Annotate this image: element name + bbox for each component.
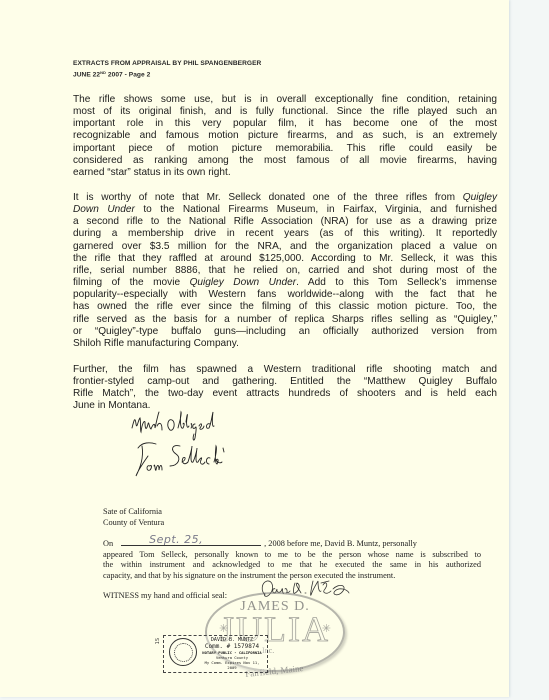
text-line: filming of the movie Quigley Down Under.… xyxy=(73,277,497,289)
star-icon: ✳ xyxy=(219,622,228,635)
handwritten-date: Sept. 25, xyxy=(149,535,203,546)
paragraph-shooting-match: Further, the film has spawned a Western … xyxy=(73,364,497,413)
notary-date-line: OnSept. 25,, 2008 before me, David B. Mu… xyxy=(103,536,481,550)
text-line: recognizable and famous motion picture f… xyxy=(73,130,497,142)
notary-line-2: appeared Tom Selleck, personally known t… xyxy=(103,550,481,561)
text-line: Down Under to the National Firearms Muse… xyxy=(73,204,497,216)
document-page: EXTRACTS FROM APPRAISAL BY PHIL SPANGENB… xyxy=(0,0,509,697)
stamp-text: DAVID B. MUNTZ Comm. # 1579874 NOTARY PU… xyxy=(200,637,264,670)
star-icon: ✳ xyxy=(322,622,331,635)
text-line: rifle, serial number 8886, that he relie… xyxy=(73,265,497,277)
header-page: 2007 - Page 2 xyxy=(106,71,150,78)
header-date-page: JUNE 22ND 2007 - Page 2 xyxy=(73,69,261,80)
notary-acknowledgment: Sate of California County of Ventura OnS… xyxy=(103,507,481,582)
notary-county: County of Ventura xyxy=(103,518,481,529)
text-line: earned “star” status in its own right. xyxy=(73,167,497,179)
stamp-side-mark: 1S xyxy=(155,638,161,644)
document-header: EXTRACTS FROM APPRAISAL BY PHIL SPANGENB… xyxy=(73,60,261,80)
text-line: It is worthy of note that Mr. Selleck do… xyxy=(73,192,497,204)
text-line: during a membership drive in recent year… xyxy=(73,228,497,240)
text-line: frontier-styled camp-out and gathering. … xyxy=(73,376,497,388)
stamp-expires: My Comm. Expires Nov 11, 2009 xyxy=(200,660,264,670)
text-line: a second rifle to the National Rifle Ass… xyxy=(73,216,497,228)
text-line: garnered over $3.5 million for the NRA, … xyxy=(73,241,497,253)
date-field: Sept. 25, xyxy=(121,536,261,546)
film-title: Down Under xyxy=(73,204,135,215)
film-title: Quigley xyxy=(463,192,497,203)
text-line: considered as ranking among the most fam… xyxy=(73,155,497,167)
notary-line-3: the within instrument and acknowledged t… xyxy=(103,560,481,571)
stamp-commission: Comm. # 1579874 xyxy=(200,643,264,650)
text-line: Further, the film has spawned a Western … xyxy=(73,364,497,376)
handwritten-signature: Much Obliged, Tom Selleck xyxy=(128,410,228,485)
text-line: has owned the rifle ever since the filmi… xyxy=(73,301,497,313)
state-seal-icon xyxy=(169,638,197,666)
text-line: The rifle shows some use, but is in over… xyxy=(73,94,497,106)
notary-line-1: , 2008 before me, David B. Muntz, person… xyxy=(264,539,417,548)
text-line: Shiloh Rifle manufacturing Company. xyxy=(73,338,497,350)
text-line: important role in this very popular film… xyxy=(73,118,497,130)
text-line: popularity--especially with Western fans… xyxy=(73,289,497,301)
text-line: the rifle that they raffled at around $1… xyxy=(73,253,497,265)
paragraph-condition: The rifle shows some use, but is in over… xyxy=(73,94,497,179)
film-title: Quigley Down Under xyxy=(190,277,297,288)
notary-stamp: DAVID B. MUNTZ Comm. # 1579874 NOTARY PU… xyxy=(163,635,268,673)
text-line: Rifle Match”, the two-day event attracts… xyxy=(73,388,497,400)
paragraph-provenance: It is worthy of note that Mr. Selleck do… xyxy=(73,192,497,350)
header-title: EXTRACTS FROM APPRAISAL BY PHIL SPANGENB… xyxy=(73,60,261,69)
on-label: On xyxy=(103,539,113,548)
text-line: important piece of motion picture memora… xyxy=(73,143,497,155)
header-date: JUNE 22 xyxy=(73,71,100,78)
notary-state: Sate of California xyxy=(103,507,481,518)
text-line: rifle served as the basis for a number o… xyxy=(73,314,497,326)
text-line: most of its original finish, and is full… xyxy=(73,106,497,118)
text-line: or “Quigley”-type buffalo guns—including… xyxy=(73,326,497,338)
